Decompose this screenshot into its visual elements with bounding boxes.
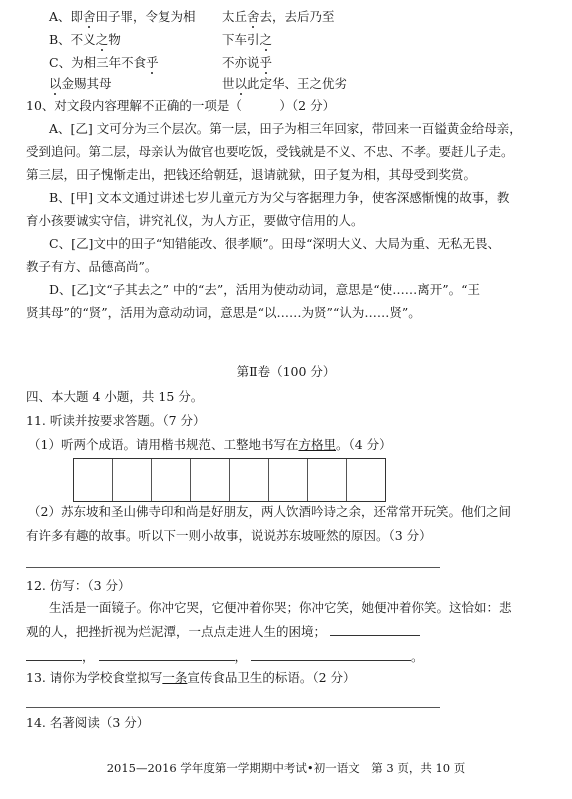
q10-option-a-line3: 第三层，田子愧惭走出，把钱还给朝廷，退请就狱，田子复为相，其母受到奖赏。 <box>26 167 476 183</box>
q12-blank-1[interactable] <box>330 623 420 636</box>
q12-text-line1: 生活是一面镜子。你冲它哭，它便冲着你哭；你冲它笑，她便冲着你笑。这恰如：悲 <box>49 600 512 616</box>
q11-stem: 11. 听读并按要求答题。（7 分） <box>26 413 206 429</box>
q11-1-points: 。（4 分） <box>336 437 392 452</box>
grid-cell[interactable] <box>74 459 113 501</box>
q12-sep: ， <box>82 649 95 664</box>
part4-heading: 四、本大题 4 小题，共 15 分。 <box>26 389 203 405</box>
grid-cell[interactable] <box>308 459 347 501</box>
grid-cell[interactable] <box>191 459 230 501</box>
q10-option-d-line2: 贤其母”的“贤”，活用为意动动词，意思是“以……为贤”“认为……贤”。 <box>26 305 421 321</box>
q9-option-c-right: 不亦说乎 <box>222 55 272 71</box>
q10-option-a-line1: A、[乙] 文可分为三个层次。第一层，田子为相三年回家，带回来一百镒黄金给母亲， <box>49 121 522 137</box>
q9-option-d-right: 世以此定华、王之优劣 <box>222 76 347 92</box>
grid-cell[interactable] <box>269 459 308 501</box>
page-footer: 2015—2016 学年度第一学期期中考试•初一语文 第 3 页，共 10 页 <box>0 760 572 776</box>
q12-blank-4[interactable] <box>251 648 411 661</box>
q13-text: 13. 请你为学校食堂拟写 <box>26 670 162 685</box>
q12-blanks-line: ， ， 。 <box>26 648 424 665</box>
grid-cell[interactable] <box>113 459 152 501</box>
q9-option-d-left: 以金赐其母 <box>49 76 112 92</box>
q12-blank-3[interactable] <box>99 648 235 661</box>
q10-stem: 10、对文段内容理解不正确的一项是（ ）（2 分） <box>26 98 335 114</box>
q13-points: 宣传食品卫生的标语。（2 分） <box>187 670 355 685</box>
q10-option-b-line2: 育小孩要诚实守信，讲究礼仪，为人方正，要做守信用的人。 <box>26 213 364 229</box>
q10-option-d-line1: D、[乙]文“子其去之” 中的“去”，活用为使动动词，意思是“使……离开”。“王 <box>49 282 480 298</box>
q13-answer-line[interactable] <box>26 707 440 708</box>
q13-stem: 13. 请你为学校食堂拟写一条宣传食品卫生的标语。（2 分） <box>26 670 356 686</box>
q12-end: 。 <box>411 649 424 664</box>
q12-blank-2[interactable] <box>26 648 82 661</box>
q11-1-text: （1）听两个成语。请用楷书规范、工整地书写在 <box>28 437 298 452</box>
grid-cell[interactable] <box>347 459 385 501</box>
q14-stem: 14. 名著阅读（3 分） <box>26 715 149 731</box>
section-title: 第Ⅱ卷（100 分） <box>0 364 572 380</box>
q9-option-a-right: 太丘舍去，去后乃至 <box>222 9 335 25</box>
grid-cell[interactable] <box>152 459 191 501</box>
q12-sep: ， <box>235 649 248 664</box>
q9-option-c-left: C、为相三年不食乎 <box>49 55 159 71</box>
q10-option-c-line1: C、[乙]文中的田子“知错能改、很孝顺”。田母“深明大义、大局为重、无私无畏、 <box>49 236 500 252</box>
q11-2-line2: 有许多有趣的故事。听以下一则小故事，说说苏东坡哑然的原因。（3 分） <box>26 528 432 544</box>
writing-grid[interactable] <box>73 458 386 502</box>
q11-1-underlined: 方格里 <box>298 437 336 452</box>
q12-stem: 12. 仿写：（3 分） <box>26 578 131 594</box>
q9-option-b-right: 下车引之 <box>222 32 272 48</box>
q11-1-stem: （1）听两个成语。请用楷书规范、工整地书写在方格里。（4 分） <box>28 437 392 453</box>
q11-2-answer-line[interactable] <box>26 567 440 568</box>
q12-text-line2: 观的人，把挫折视为烂泥潭，一点点走进人生的困境； <box>26 623 420 640</box>
grid-cell[interactable] <box>230 459 269 501</box>
q13-underlined: 一条 <box>162 670 187 685</box>
q9-option-a-left: A、即舍田子罪，令复为相 <box>49 9 196 25</box>
q12-text: 观的人，把挫折视为烂泥潭，一点点走进人生的困境； <box>26 624 326 639</box>
q10-option-b-line1: B、[甲] 文本文通过讲述七岁儿童元方为父与客据理力争，使客深感惭愧的故事，教 <box>49 190 509 206</box>
q10-option-c-line2: 教子有方、品德高尚”。 <box>26 259 157 275</box>
q9-option-b-left: B、不义之物 <box>49 32 121 48</box>
q11-2-line1: （2）苏东坡和圣山佛寺印和尚是好朋友，两人饮酒吟诗之余，还常常开玩笑。他们之间 <box>28 504 511 520</box>
q10-option-a-line2: 受到追问。第二层，母亲认为做官也要吃饭，受钱就是不义、不忠、不孝。要赶儿子走。 <box>26 144 514 160</box>
